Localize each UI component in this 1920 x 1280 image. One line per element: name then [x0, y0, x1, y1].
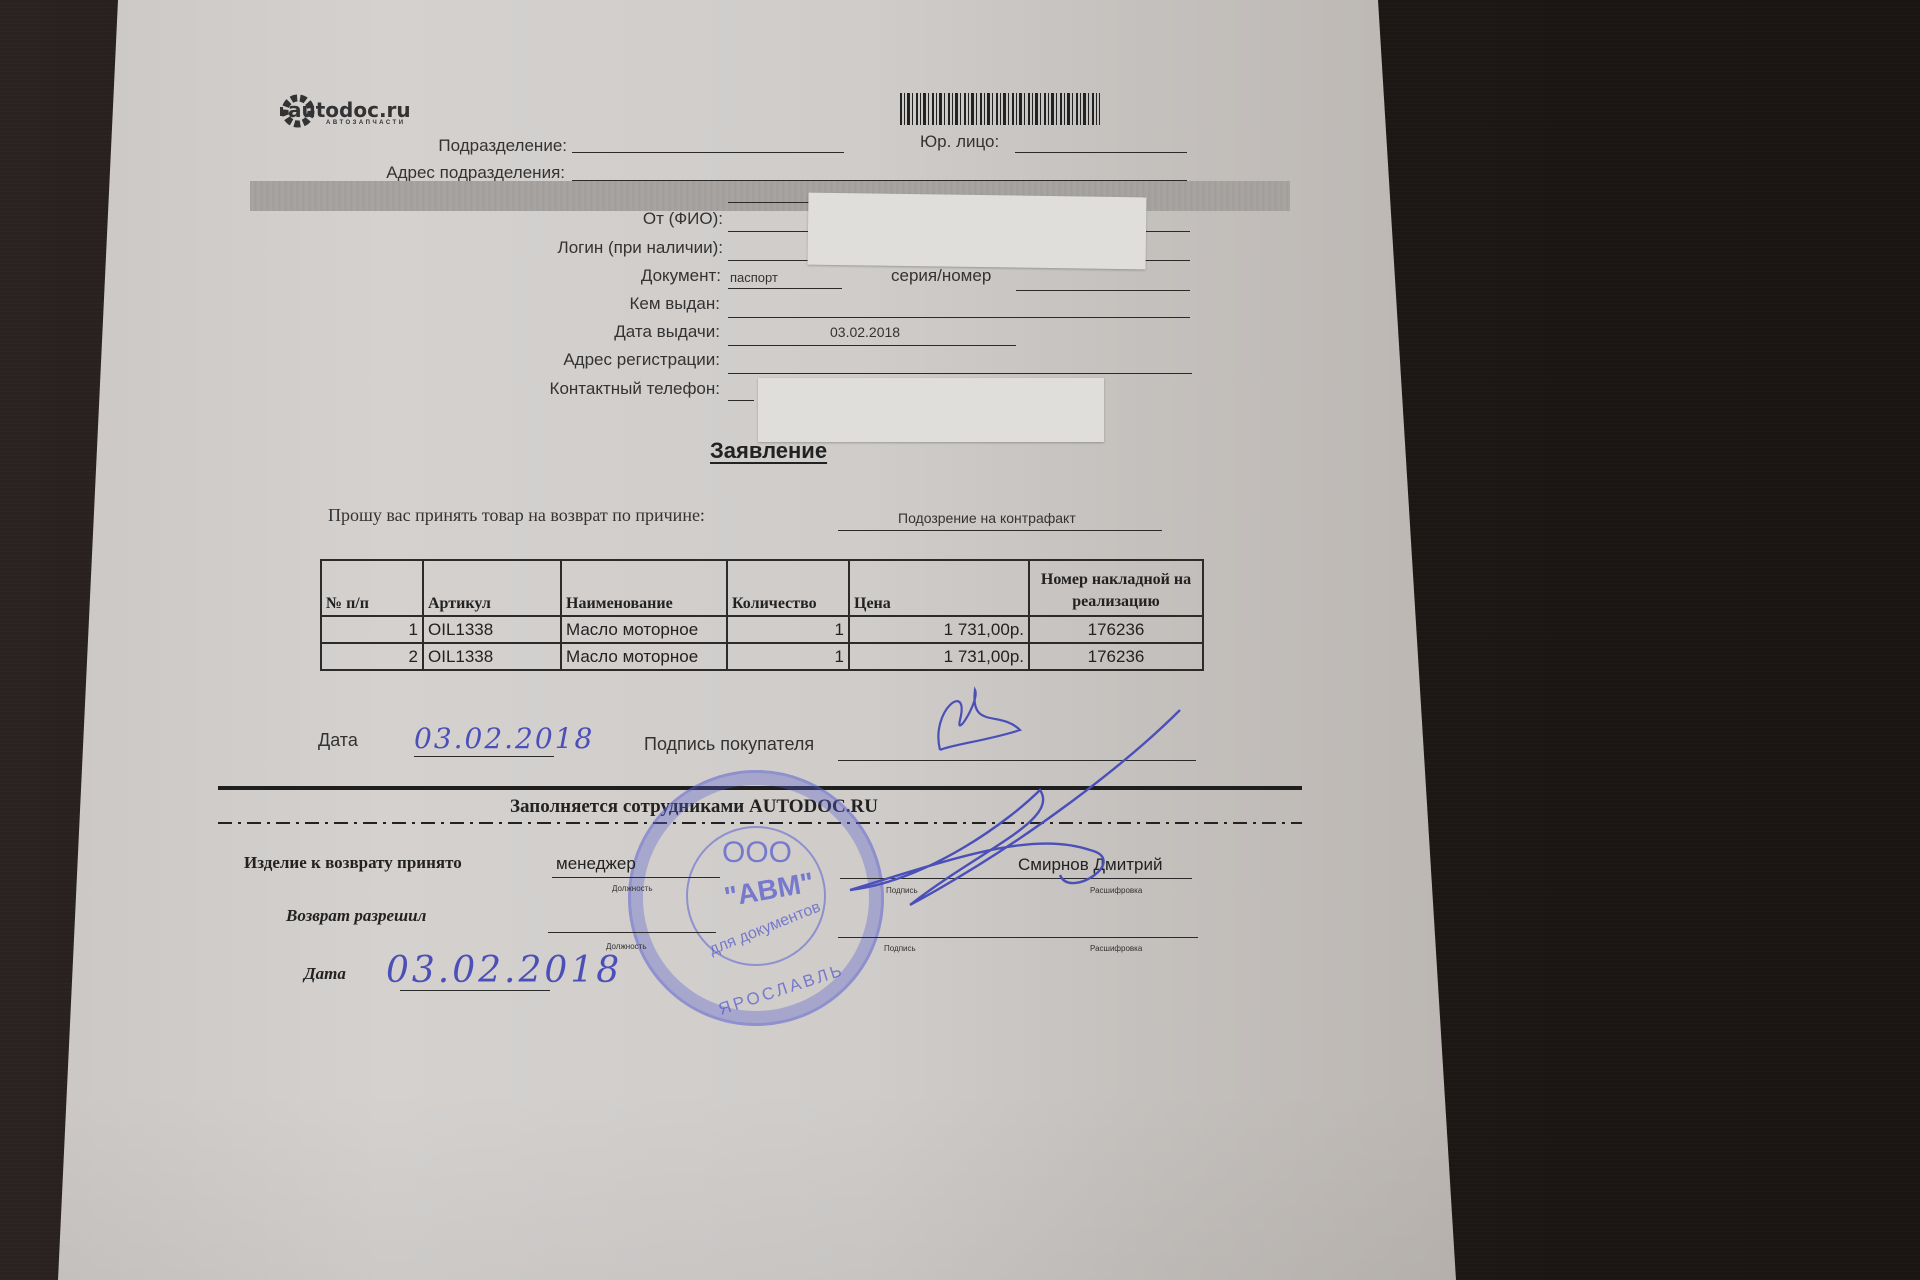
row-article: OIL1338 [423, 643, 561, 670]
accepted-position-field[interactable] [552, 877, 720, 878]
approved-signature-field[interactable] [838, 937, 1198, 938]
buyer-date-value: 03.02.2018 [414, 722, 594, 755]
row-invoice: 176236 [1029, 616, 1203, 643]
issued-by-field[interactable] [728, 317, 1190, 318]
staff-date-field[interactable] [400, 990, 550, 991]
approved-position-field[interactable] [548, 932, 716, 933]
staff-signature-scribble [830, 700, 1190, 920]
logo-subtitle: АВТОЗАПЧАСТИ [326, 120, 406, 126]
document-label: Документ: [641, 266, 721, 286]
approved-name-caption: Расшифровка [1090, 944, 1142, 953]
legal-entity-field[interactable] [1015, 152, 1187, 153]
issued-by-label: Кем выдан: [629, 294, 720, 314]
row-name: Масло моторное [561, 616, 727, 643]
accepted-position-caption: Должность [612, 884, 653, 893]
issue-date-field[interactable] [728, 345, 1016, 346]
series-label: серия/номер [891, 266, 991, 286]
col-price: Цена [849, 560, 1029, 616]
stamp-org: ООО [722, 836, 792, 870]
reg-address-label: Адрес регистрации: [563, 350, 720, 370]
col-name: Наименование [561, 560, 727, 616]
document-field[interactable] [728, 288, 842, 289]
row-qty: 1 [727, 643, 849, 670]
table-header-row: № п/п Артикул Наименование Количество Це… [321, 560, 1203, 616]
fio-label: От (ФИО): [643, 209, 723, 229]
login-label: Логин (при наличии): [558, 238, 723, 258]
col-invoice: Номер накладной на реализацию [1029, 560, 1203, 616]
staff-date-label: Дата [304, 964, 346, 984]
row-name: Масло моторное [561, 643, 727, 670]
approved-signature-caption: Подпись [884, 944, 916, 953]
accepted-label: Изделие к возврату принято [244, 853, 462, 873]
buyer-date-field[interactable] [414, 756, 554, 757]
items-table: № п/п Артикул Наименование Количество Це… [320, 559, 1204, 671]
request-text: Прошу вас принять товар на возврат по пр… [328, 505, 705, 526]
subdivision-address-label: Адрес подразделения: [386, 163, 565, 183]
table-row: 1 OIL1338 Масло моторное 1 1 731,00р. 17… [321, 616, 1203, 643]
subdivision-label: Подразделение: [438, 136, 567, 156]
table-row: 2 OIL1338 Масло моторное 1 1 731,00р. 17… [321, 643, 1203, 670]
reg-address-field[interactable] [728, 373, 1192, 374]
logo-text: autodoc.ru [288, 98, 411, 122]
statement-title: Заявление [710, 438, 827, 464]
series-field[interactable] [1016, 290, 1190, 291]
row-price: 1 731,00р. [849, 616, 1029, 643]
accepted-position: менеджер [556, 854, 636, 874]
col-article: Артикул [423, 560, 561, 616]
legal-entity-label: Юр. лицо: [920, 132, 999, 152]
phone-label: Контактный телефон: [550, 379, 720, 399]
staff-date-value: 03.02.2018 [386, 950, 622, 991]
reason-value: Подозрение на контрафакт [898, 510, 1076, 526]
issue-date-label: Дата выдачи: [614, 322, 720, 342]
redaction-patch-phone [758, 378, 1104, 442]
document-value: паспорт [730, 270, 778, 285]
col-qty: Количество [727, 560, 849, 616]
row-price: 1 731,00р. [849, 643, 1029, 670]
fio-field-upper [728, 202, 812, 203]
col-number: № п/п [321, 560, 423, 616]
redaction-patch-name [808, 193, 1147, 270]
buyer-date-label: Дата [318, 730, 358, 751]
row-number: 1 [321, 616, 423, 643]
row-article: OIL1338 [423, 616, 561, 643]
barcode [900, 93, 1100, 125]
row-qty: 1 [727, 616, 849, 643]
issue-date-value: 03.02.2018 [830, 324, 900, 340]
subdivision-field[interactable] [572, 152, 844, 153]
reason-field[interactable] [838, 530, 1162, 531]
buyer-signature-label: Подпись покупателя [644, 734, 814, 755]
phone-field[interactable] [728, 400, 754, 401]
row-invoice: 176236 [1029, 643, 1203, 670]
row-number: 2 [321, 643, 423, 670]
approved-label: Возврат разрешил [286, 906, 426, 926]
